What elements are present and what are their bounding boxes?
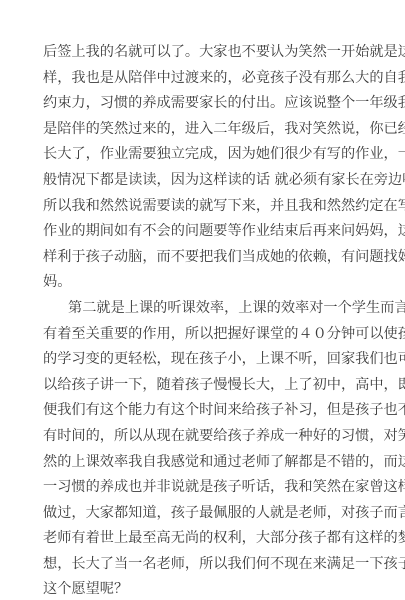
text-segment: 便我们有这个能力有这个时间来给孩子补习，但 <box>43 398 341 424</box>
text-segment: 后签上我的名就可以了。大家也不要认为笑然一 <box>43 40 341 66</box>
text-segment: 第二就是上课的听课效率，上课的效率对一个学生而 <box>68 296 394 322</box>
text-segment: 部分孩子都有这样的梦 <box>270 526 405 552</box>
text-segment: 对笑然说，你已经 <box>298 117 405 143</box>
text-line: 有着至关重要的作用，所以把握好课堂的４０分钟可以使孩子 <box>43 322 365 348</box>
text-segment: 那么大的自我 <box>327 66 405 92</box>
text-segment: 作业的期间如有不会的问题要 <box>43 219 227 245</box>
text-segment: 孩子 <box>398 322 405 348</box>
text-segment: 开始就是这 <box>341 40 405 66</box>
text-segment: 言 <box>394 296 405 322</box>
text-line: 是陪伴的笑然过来的，进入二年级后，我对笑然说，你已经 <box>43 117 365 143</box>
text-segment: 是不错的，而这 <box>313 450 405 476</box>
text-segment: 所以我和然然说需要读的就写下 <box>43 194 242 220</box>
text-line: 般情况下都是读读，因为这样读的话 就必须有家长在旁边听， <box>43 168 365 194</box>
text-line: 然的上课效率我自我感觉和通过老师了解都是不错的，而这 <box>43 450 365 476</box>
text-line: 做过，大家都知道，孩子最佩服的人就是老师，对孩子而言 <box>43 501 365 527</box>
text-line: 第二就是上课的听课效率，上课的效率对一个学生而言 <box>43 296 365 322</box>
text-segment: 何不现在来满足一下孩子 <box>256 552 405 578</box>
text-line: 妈。 <box>43 270 365 296</box>
text-segment: 长大了，作业需要独立完成，因为她们 <box>43 142 284 168</box>
text-segment: 是陪伴的笑然过来的，进入二年级后，我 <box>43 117 298 143</box>
text-segment: 样利于孩子动脑，而不要把 <box>43 245 213 271</box>
text-line: 的学习变的更轻松，现在孩子小，上课不听，回家我们也可 <box>43 347 365 373</box>
paragraph-1: 后签上我的名就可以了。大家也不要认为笑然一开始就是这 样，我也是从陪伴中过渡来的… <box>43 40 365 296</box>
text-segment: 这个愿望呢？ <box>43 577 128 600</box>
text-segment: 来，并且我和然然约定在写 <box>242 194 405 220</box>
text-line: 便我们有这个能力有这个时间来给孩子补习，但是孩子也不 <box>43 398 365 424</box>
document-page: 后签上我的名就可以了。大家也不要认为笑然一开始就是这 样，我也是从陪伴中过渡来的… <box>43 40 365 600</box>
text-line: 老师有着世上最至高无尚的权利，大部分孩子都有这样的梦 <box>43 526 365 552</box>
text-segment: 很少有写的作业，一 <box>284 142 405 168</box>
text-line: 这个愿望呢？ <box>43 577 365 600</box>
text-line: 后签上我的名就可以了。大家也不要认为笑然一开始就是这 <box>43 40 365 66</box>
text-segment: 有时间的，所以从现在就要给孩子养成一种好 <box>43 424 327 450</box>
text-line: 作业的期间如有不会的问题要等作业结束后再来问妈妈，这 <box>43 219 365 245</box>
text-segment: 高中，即 <box>355 373 405 399</box>
text-segment: 的习惯，对笑 <box>327 424 405 450</box>
text-line: 长大了，作业需要独立完成，因为她们很少有写的作业，一 <box>43 142 365 168</box>
text-segment: 想，长大了当一名老师，所以我们 <box>43 552 256 578</box>
text-segment: 有着至关重要的作用，所以把握好课堂的４０分钟可以使 <box>43 322 398 348</box>
text-segment: 妈。 <box>43 270 71 296</box>
text-segment: 约束力，习惯的养成需要家长的付出。应该 <box>43 91 313 117</box>
text-segment: 说整个一年级我 <box>313 91 405 117</box>
text-line: 样，我也是从陪伴中过渡来的，必竟孩子没有那么大的自我 <box>43 66 365 92</box>
text-line: 想，长大了当一名老师，所以我们何不现在来满足一下孩子 <box>43 552 365 578</box>
text-segment: 的学习变的更轻松，现在孩子小，上课不听，回家我 <box>43 347 369 373</box>
text-segment: 一习惯的养成也并非说就是孩子听话，我 <box>43 475 298 501</box>
text-segment: 是老师，对孩子而言 <box>284 501 405 527</box>
text-segment: 以给孩子讲一下，随着孩子慢慢长大，上了初中， <box>43 373 355 399</box>
paragraph-2: 第二就是上课的听课效率，上课的效率对一个学生而言 有着至关重要的作用，所以把握好… <box>43 296 365 600</box>
text-segment: 般情况下都是读读，因为这样读的话 就必须有家长在旁边听， <box>43 168 405 194</box>
text-line: 样利于孩子动脑，而不要把我们当成她的依赖，有问题找妈 <box>43 245 365 271</box>
text-line: 以给孩子讲一下，随着孩子慢慢长大，上了初中，高中，即 <box>43 373 365 399</box>
text-line: 约束力，习惯的养成需要家长的付出。应该说整个一年级我 <box>43 91 365 117</box>
text-segment: 老师有着世上最至高无尚的权利，大 <box>43 526 270 552</box>
text-segment: 等作业结束后再来问妈妈，这 <box>227 219 405 245</box>
text-segment: 我们当成她的依赖，有问题找妈 <box>213 245 405 271</box>
text-segment: 是孩子也不 <box>341 398 405 424</box>
text-line: 一习惯的养成也并非说就是孩子听话，我和笑然在家曾这样 <box>43 475 365 501</box>
text-segment: 然的上课效率我自我感觉和通过老师了解都 <box>43 450 313 476</box>
text-segment: 和笑然在家曾这样 <box>298 475 405 501</box>
text-line: 有时间的，所以从现在就要给孩子养成一种好的习惯，对笑 <box>43 424 365 450</box>
text-segment: 做过，大家都知道，孩子最佩服的人就 <box>43 501 284 527</box>
text-segment: 样，我也是从陪伴中过渡来的，必竟孩子没有 <box>43 66 327 92</box>
text-segment: 们也可 <box>369 347 405 373</box>
text-line: 所以我和然然说需要读的就写下来，并且我和然然约定在写 <box>43 194 365 220</box>
